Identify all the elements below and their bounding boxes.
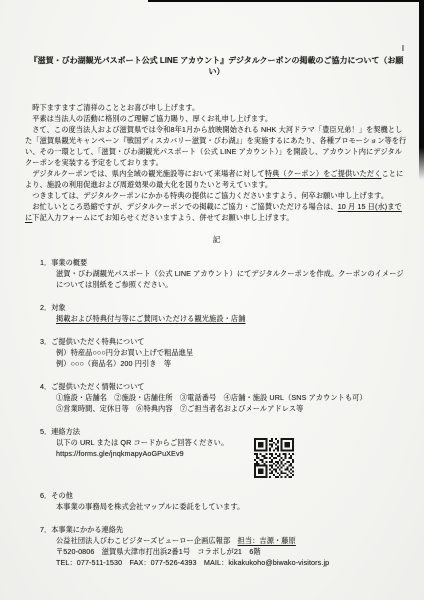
letter-content: 『滋賀・びわ湖観光パスポート公式 LINE アカウント』デジタルクーポンの掲載の… [25, 55, 408, 580]
section-7-heading-row: 7．本事業にかかる連絡先 [40, 524, 408, 535]
scan-speck [402, 45, 404, 51]
section-4-heading: ご提供いただく情報について [51, 382, 144, 391]
section-6-body: 本事業の事務局を株式会社マップルに委託をしています。 [56, 501, 408, 512]
section-4-heading-row: 4．ご提供いただく情報について [40, 381, 408, 392]
paragraph-deadline: お忙しいところ恐縮ですが、デジタルクーポンでの掲載にご協力・ご協賛いただける場合… [25, 201, 408, 223]
section-7-heading: 本事業にかかる連絡先 [51, 525, 123, 534]
section-3-example-1: 例）特産品○○○円分お買い上げで粗品進呈 [56, 347, 408, 358]
section-2-target: 2．対象 掲載および特典付与等にご賛同いただける観光施設・店舗 [40, 302, 408, 324]
section-5-instruction: 以下の URL または QR コードからご回答ください。 [56, 437, 228, 448]
scan-edge-right [419, 0, 424, 180]
section-2-heading-row: 2．対象 [40, 302, 408, 313]
coupon-purpose-underlined: 特典（クーポン）をご提供いただく [265, 169, 382, 178]
section-3-number: 3． [40, 336, 51, 347]
section-6-heading: その他 [51, 491, 73, 500]
section-3-heading-row: 3．ご提供いただく特典について [40, 336, 408, 347]
section-5-heading: 連絡方法 [51, 427, 80, 436]
contact-tel-fax-mail: TEL：077-511-1530 FAX：077-526-4393 MAIL：k… [56, 557, 408, 568]
section-5-text-block: 以下の URL または QR コードからご回答ください。 https://for… [56, 437, 228, 459]
section-1-heading: 事業の概要 [51, 258, 87, 267]
scan-edge-top [148, 0, 424, 2]
coupon-purpose-pre: デジタルクーポンでは、県内全域の観光施設等において来場者に対して [32, 169, 265, 178]
deadline-post: 下記入力フォームにてお知らせくださいますよう、併せてお願い申し上げます。 [32, 213, 293, 222]
paragraph-campaign: さて、この度当法人および滋賀県では令和8年1月から放映開始される NHK 大河ド… [25, 124, 408, 168]
section-3-example-2: 例）○○○（商品名）200 円引き 等 [56, 358, 408, 369]
contact-address: 〒520-0806 滋賀県大津市打出浜2番1号 コラボしが21 6階 [56, 546, 408, 557]
section-4-number: 4． [40, 381, 51, 392]
section-5-contact-method: 5．連絡方法 以下の URL または QR コードからご回答ください。 http… [40, 426, 408, 478]
section-4-line-2: ⑤営業時間、定休日等 ⑥特典内容 ⑦ご担当者名およびメールアドレス等 [56, 403, 408, 414]
section-2-number: 2． [40, 302, 51, 313]
section-3-heading: ご提供いただく特典について [51, 337, 144, 346]
greeting-line-2: 平素は当法人の活動に格別のご理解ご協力賜り、厚くお礼申し上げます。 [25, 113, 408, 124]
section-7-contact-info: 7．本事業にかかる連絡先 公益社団法人びわこビジターズビューロー企画広報部 担当… [40, 524, 408, 568]
section-6-other: 6．その他 本事業の事務局を株式会社マップルに委託をしています。 [40, 490, 408, 512]
page-title: 『滋賀・びわ湖観光パスポート公式 LINE アカウント』デジタルクーポンの掲載の… [25, 55, 408, 77]
section-1-heading-row: 1．事業の概要 [40, 257, 408, 268]
section-3-benefits: 3．ご提供いただく特典について 例）特産品○○○円分お買い上げで粗品進呈 例）○… [40, 336, 408, 369]
paragraph-request: つきましては、デジタルクーポンにかかる特典の提供にご協力くださいますよう、何卒お… [25, 190, 408, 201]
form-url: https://forms.gle/jnqkmapyAoGPuXEv9 [56, 448, 228, 459]
section-2-body: 掲載および特典付与等にご賛同いただける観光施設・店舗 [56, 313, 408, 324]
section-6-heading-row: 6．その他 [40, 490, 408, 501]
ki-marker: 記 [25, 234, 408, 245]
section-1-number: 1． [40, 257, 51, 268]
deadline-pre: お忙しいところ恐縮ですが、デジタルクーポンでの掲載にご協力・ご協賛いただける場合… [32, 202, 338, 211]
contact-org: 公益社団法人びわこビジターズビューロー企画広報部 [56, 536, 238, 545]
contact-org-line: 公益社団法人びわこビジターズビューロー企画広報部 担当：吉源・藤原 [56, 535, 408, 546]
qr-code-icon [254, 438, 294, 478]
greeting-line-1: 時下ますますご清祥のこととお喜び申し上げます。 [25, 102, 408, 113]
section-5-number: 5． [40, 426, 51, 437]
section-5-heading-row: 5．連絡方法 [40, 426, 408, 437]
section-7-number: 7． [40, 524, 51, 535]
contact-staff: 担当：吉源・藤原 [238, 536, 296, 545]
section-6-number: 6． [40, 490, 51, 501]
section-1-overview: 1．事業の概要 滋賀・びわ湖観光パスポート（公式 LINE アカウント）にてデジ… [40, 257, 408, 290]
section-4-information: 4．ご提供いただく情報について ①施設・店舗名 ②施設・店舗住所 ③電話番号 ④… [40, 381, 408, 414]
section-2-heading: 対象 [51, 303, 65, 312]
section-1-body: 滋賀・びわ湖観光パスポート（公式 LINE アカウント）にてデジタルクーポンを作… [56, 268, 408, 290]
paragraph-coupon-purpose: デジタルクーポンでは、県内全域の観光施設等において来場者に対して特典（クーポン）… [25, 168, 408, 190]
scanned-letter-page: 『滋賀・びわ湖観光パスポート公式 LINE アカウント』デジタルクーポンの掲載の… [0, 0, 424, 600]
section-4-line-1: ①施設・店舗名 ②施設・店舗住所 ③電話番号 ④店舗・施設 URL（SNS アカ… [56, 392, 408, 403]
